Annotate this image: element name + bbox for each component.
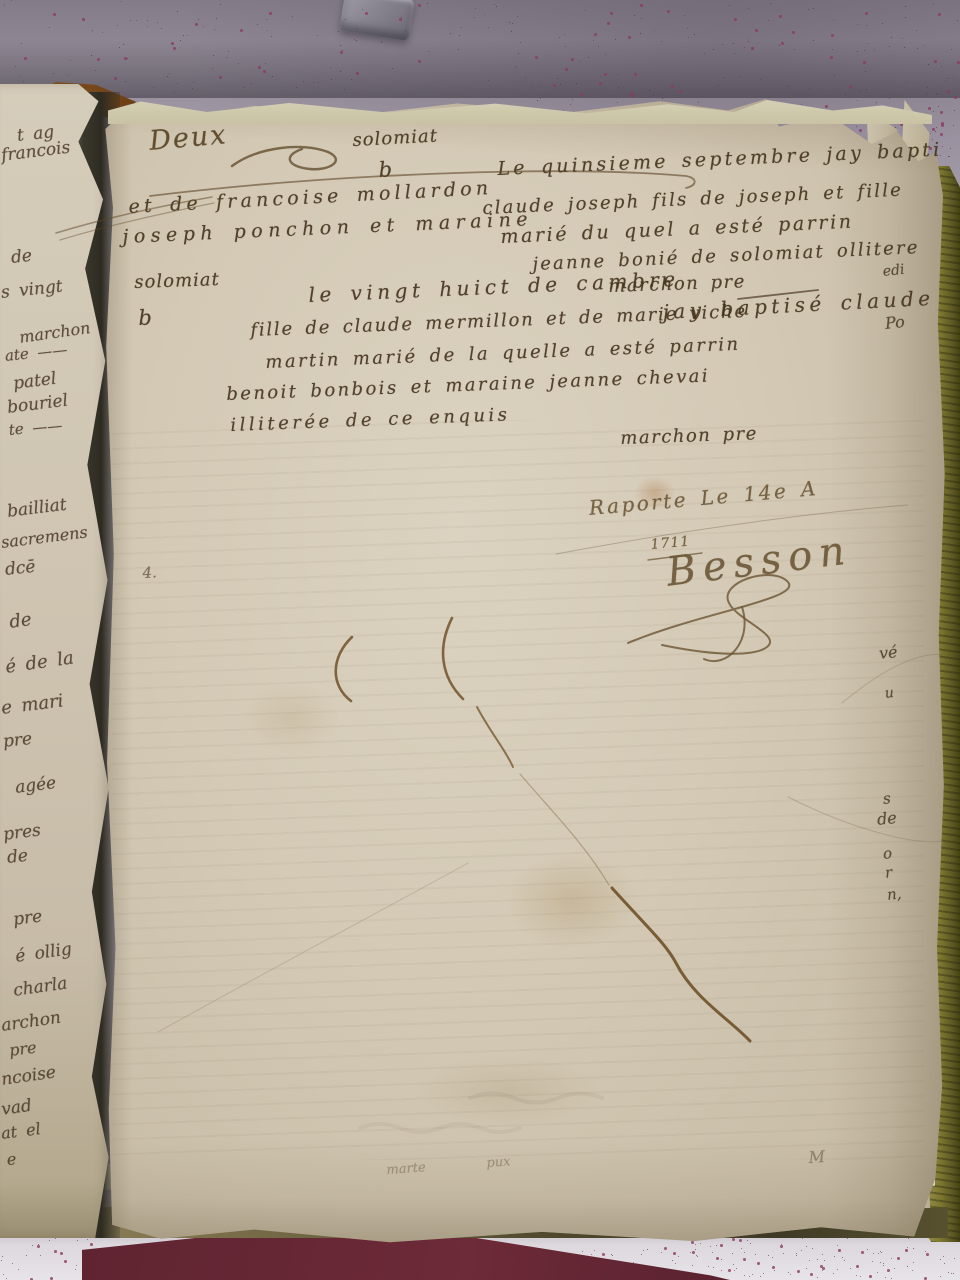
left-fragment: e	[6, 1149, 17, 1169]
right-fragment: edi	[882, 262, 905, 280]
right-fragment: de	[876, 808, 898, 829]
bottom-fragment: M	[808, 1147, 826, 1167]
left-fragment: pre	[8, 1038, 37, 1060]
speckle-cluster	[0, 0, 1, 1]
right-fragment: o	[882, 844, 893, 863]
record1-mark: b	[378, 157, 393, 182]
right-fragment: Po	[884, 312, 906, 333]
left-fragment: de	[6, 846, 29, 868]
right-fragment: s	[882, 789, 892, 808]
bottom-fragment: marte	[386, 1160, 426, 1178]
record2-mark: b	[138, 306, 152, 330]
right-fragment: u	[884, 685, 895, 702]
record2-place: solomiat	[134, 269, 220, 293]
left-fragment: pre	[2, 729, 33, 752]
left-fragment: pre	[12, 906, 43, 929]
left-fragment: dcē	[4, 557, 36, 580]
photographed-parish-register: Deux solomiat b Le quinsieme septembre j…	[0, 0, 960, 1280]
bottom-fragment: pux	[486, 1154, 511, 1171]
main-page	[102, 92, 948, 1248]
left-fragment: de	[8, 609, 33, 633]
right-fragment: n,	[886, 884, 902, 903]
left-fragment: vad	[0, 1096, 33, 1120]
main-page-top-deckle	[108, 94, 932, 124]
eraser-object	[339, 0, 415, 41]
table-shadow	[0, 40, 960, 98]
right-fragment: vé	[878, 642, 898, 663]
page-note: 4.	[142, 563, 157, 582]
record1-place: solomiat	[352, 126, 438, 151]
left-fragment: de	[10, 246, 33, 268]
